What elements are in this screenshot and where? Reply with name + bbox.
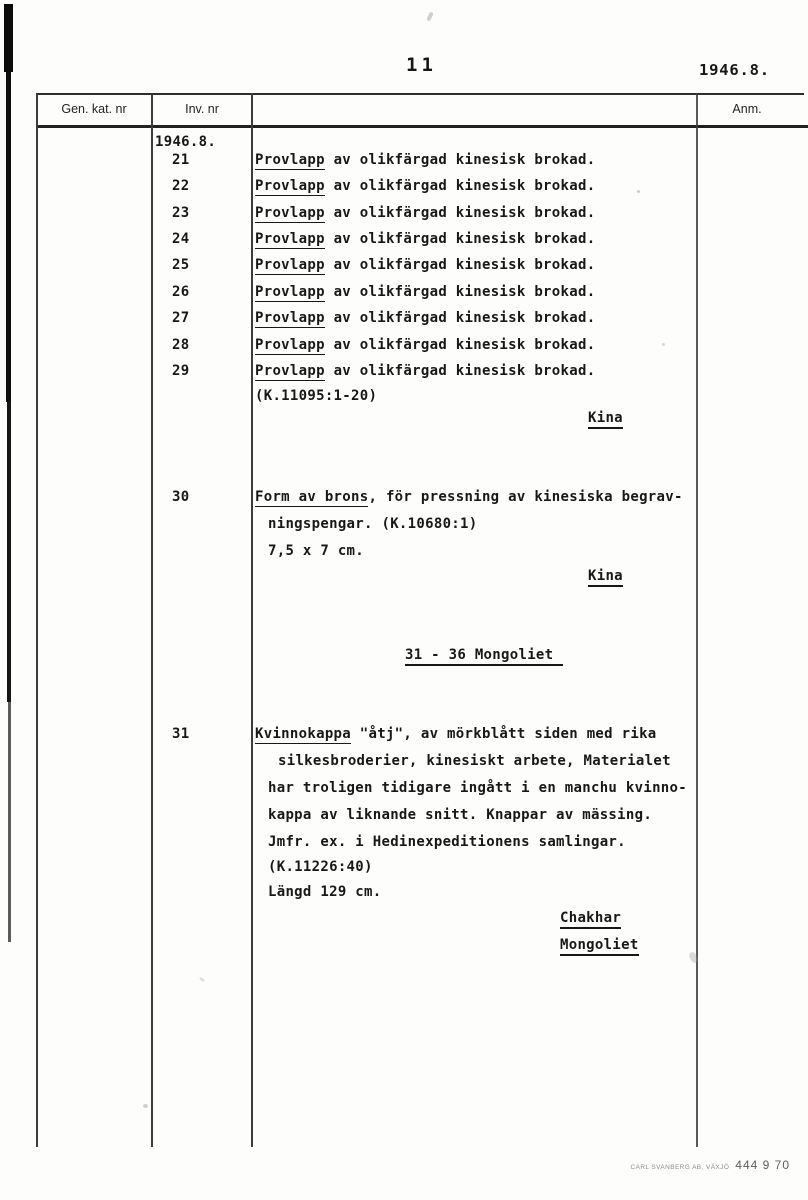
table-row: 25 Provlapp av olikfärgad kinesisk broka… (0, 257, 760, 283)
scan-edge-bar (8, 702, 11, 942)
item-description: Provlapp av olikfärgad kinesisk brokad. (255, 284, 595, 301)
scan-edge-bar (7, 402, 11, 702)
item-description: Kvinnokappa "åtj", av mörkblått siden me… (255, 726, 657, 743)
inv-number: 22 (172, 178, 189, 195)
inv-number: 23 (172, 205, 189, 222)
column-header-inv: Inv. nr (152, 102, 252, 116)
item-description-cont: kappa av liknande snitt. Knappar av mäss… (268, 807, 652, 824)
printer-mark: CARL SVANBERG AB, VÄXJÖ (630, 1164, 729, 1171)
table-row: 26 Provlapp av olikfärgad kinesisk broka… (0, 284, 760, 310)
item-description-cont: silkesbroderier, kinesiskt arbete, Mater… (278, 753, 671, 770)
scan-speck (143, 1104, 148, 1108)
column-header-anm: Anm. (697, 102, 797, 116)
catalog-ref: (K.11226:40) (268, 859, 373, 876)
item-description-cont: Jmfr. ex. i Hedinexpeditionens samlingar… (268, 834, 626, 851)
item-description-cont: har troligen tidigare ingått i en manchu… (268, 780, 687, 797)
scan-edge-bar (4, 4, 13, 72)
accession-group-label: 1946.8. (155, 134, 216, 151)
item-description: Provlapp av olikfärgad kinesisk brokad. (255, 152, 595, 169)
item-dimension: 7,5 x 7 cm. (268, 543, 364, 560)
table-header-rule (37, 125, 808, 128)
table-row: 27 Provlapp av olikfärgad kinesisk broka… (0, 310, 760, 336)
item-description: Provlapp av olikfärgad kinesisk brokad. (255, 231, 595, 248)
section-heading: 31 - 36 Mongoliet (405, 647, 563, 664)
table-row: 28 Provlapp av olikfärgad kinesisk broka… (0, 337, 760, 363)
scan-speck (426, 12, 433, 22)
printer-footer: CARL SVANBERG AB, VÄXJÖ 444 9 70 (630, 1158, 790, 1172)
scan-speck (199, 976, 206, 982)
table-row: 23 Provlapp av olikfärgad kinesisk broka… (0, 205, 760, 231)
inv-number: 28 (172, 337, 189, 354)
region-label: Mongoliet (560, 937, 639, 954)
year-reference: 1946.8. (699, 62, 770, 79)
table-row: 29 Provlapp av olikfärgad kinesisk broka… (0, 363, 760, 389)
region-label: Chakhar (560, 910, 621, 927)
scan-speck (662, 343, 665, 346)
item-description: Provlapp av olikfärgad kinesisk brokad. (255, 363, 595, 380)
inv-number: 29 (172, 363, 189, 380)
item-description: Provlapp av olikfärgad kinesisk brokad. (255, 178, 595, 195)
inv-number: 26 (172, 284, 189, 301)
inv-number: 24 (172, 231, 189, 248)
table-row: 21 Provlapp av olikfärgad kinesisk broka… (0, 152, 760, 178)
table-row: 22 Provlapp av olikfärgad kinesisk broka… (0, 178, 760, 204)
item-description: Provlapp av olikfärgad kinesisk brokad. (255, 310, 595, 327)
item-dimension: Längd 129 cm. (268, 884, 381, 901)
item-description: Provlapp av olikfärgad kinesisk brokad. (255, 257, 595, 274)
page-number: 11 (406, 57, 437, 74)
inv-number: 21 (172, 152, 189, 169)
table-row: 24 Provlapp av olikfärgad kinesisk broka… (0, 231, 760, 257)
inv-number: 25 (172, 257, 189, 274)
catalog-ref: (K.11095:1-20) (255, 388, 377, 405)
printer-code: 444 9 70 (735, 1158, 790, 1172)
region-label: Kina (588, 410, 623, 427)
item-description: Provlapp av olikfärgad kinesisk brokad. (255, 337, 595, 354)
item-description-cont: ningspengar. (K.10680:1) (268, 516, 478, 533)
inv-number: 31 (172, 726, 189, 743)
inv-number: 30 (172, 489, 189, 506)
item-description: Provlapp av olikfärgad kinesisk brokad. (255, 205, 595, 222)
scan-speck (637, 190, 640, 193)
inv-number: 27 (172, 310, 189, 327)
column-header-gen-kat: Gen. kat. nr (37, 102, 151, 116)
item-description: Form av brons, för pressning av kinesisk… (255, 489, 683, 506)
region-label: Kina (588, 568, 623, 585)
catalog-page: 11 1946.8. Gen. kat. nr Inv. nr Anm. 194… (0, 0, 808, 1200)
